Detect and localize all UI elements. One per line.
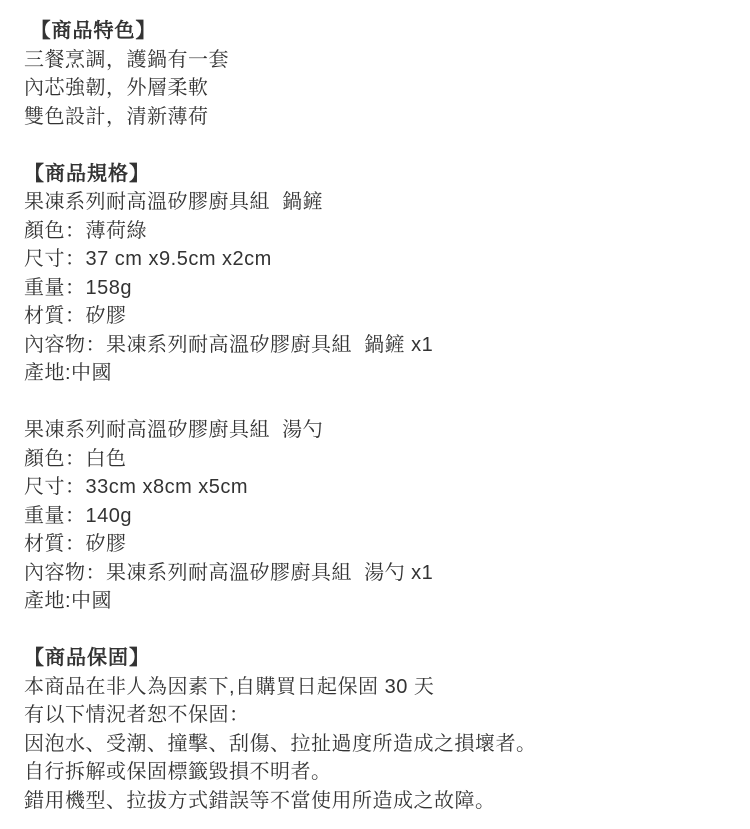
feature-line: 雙色設計，清新薄荷 [24, 103, 730, 132]
spec-color: 顏色：白色 [24, 445, 730, 474]
blank-line [24, 616, 730, 645]
spec-product-title: 果凍系列耐高溫矽膠廚具組 湯勺 [24, 416, 730, 445]
blank-line [24, 388, 730, 417]
feature-line: 內芯強韌，外層柔軟 [24, 74, 730, 103]
warranty-line: 有以下情況者恕不保固： [24, 701, 730, 730]
spec-material: 材質：矽膠 [24, 530, 730, 559]
spec-color: 顏色：薄荷綠 [24, 217, 730, 246]
warranty-line: 本商品在非人為因素下,自購買日起保固 30 天 [24, 673, 730, 702]
spec-product-title: 果凍系列耐高溫矽膠廚具組 鍋鏟 [24, 188, 730, 217]
spec-contents: 內容物：果凍系列耐高溫矽膠廚具組 湯勺 x1 [24, 559, 730, 588]
spec-weight: 重量：140g [24, 502, 730, 531]
specs-section-heading: 【商品規格】 [24, 160, 730, 189]
spec-size: 尺寸：37 cm x9.5cm x2cm [24, 245, 730, 274]
spec-material: 材質：矽膠 [24, 302, 730, 331]
spec-size: 尺寸：33cm x8cm x5cm [24, 473, 730, 502]
warranty-line: 因泡水、受潮、撞擊、刮傷、拉扯過度所造成之損壞者。 [24, 730, 730, 759]
blank-line [24, 131, 730, 160]
spec-weight: 重量：158g [24, 274, 730, 303]
warranty-line: 錯用機型、拉拔方式錯誤等不當使用所造成之故障。 [24, 787, 730, 816]
warranty-section-heading: 【商品保固】 [24, 644, 730, 673]
features-section-heading: 【商品特色】 [24, 17, 730, 46]
spec-origin: 產地:中國 [24, 359, 730, 388]
warranty-line: 自行拆解或保固標籤毀損不明者。 [24, 758, 730, 787]
product-description-page: 【商品特色】 三餐烹調，護鍋有一套 內芯強韌，外層柔軟 雙色設計，清新薄荷 【商… [0, 0, 750, 829]
feature-line: 三餐烹調，護鍋有一套 [24, 46, 730, 75]
spec-contents: 內容物：果凍系列耐高溫矽膠廚具組 鍋鏟 x1 [24, 331, 730, 360]
spec-origin: 產地:中國 [24, 587, 730, 616]
